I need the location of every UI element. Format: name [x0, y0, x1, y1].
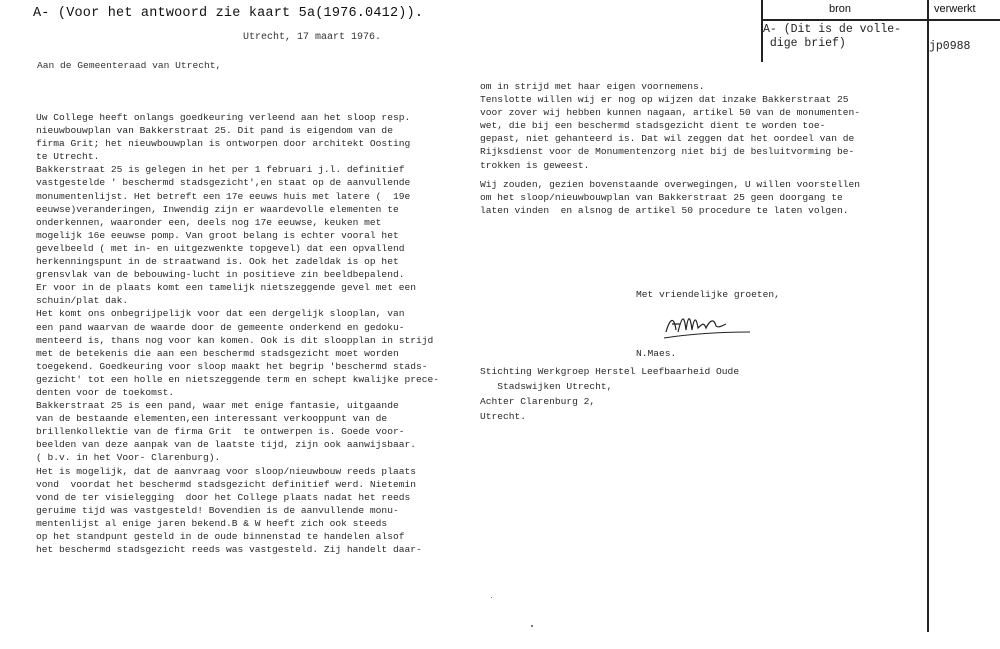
- cell-bron: A- (Dit is de volle- dige brief): [763, 23, 901, 51]
- text-line: voor zover wij hebben kunnen nagaan, art…: [480, 106, 860, 119]
- text-line: met de betekenis die aan een beschermd s…: [36, 347, 439, 360]
- text-line: te Utrecht.: [36, 150, 439, 163]
- text-line: Rijksdienst voor de Monumentenzorg niet …: [480, 145, 860, 158]
- address-line: Stadswijken Utrecht,: [480, 379, 739, 394]
- text-line: Het is mogelijk, dat de aanvraag voor sl…: [36, 465, 439, 478]
- table-divider: [927, 0, 929, 632]
- scan-speck: [491, 597, 492, 598]
- text-line: Bakkerstraat 25 is gelegen in het per 1 …: [36, 163, 439, 176]
- dateline: Utrecht, 17 maart 1976.: [243, 32, 381, 43]
- text-line: mogelijk 16e eeuwse pomp. Van groot bela…: [36, 229, 439, 242]
- text-line: Uw College heeft onlangs goedkeuring ver…: [36, 111, 439, 124]
- text-line: een pand waarvan de waarde door de gemee…: [36, 321, 439, 334]
- organization-address: Stichting Werkgroep Herstel Leefbaarheid…: [480, 364, 739, 424]
- text-line: vastgestelde ' beschermd stadsgezicht',e…: [36, 176, 439, 189]
- letter-body-right-column: om in strijd met haar eigen voornemens.T…: [480, 80, 860, 217]
- text-line: vond voordat het beschermd stadsgezicht …: [36, 478, 439, 491]
- text-line: van de bestaande elementen,een interessa…: [36, 412, 439, 425]
- address-line: Achter Clarenburg 2,: [480, 394, 739, 409]
- column-header-verwerkt: verwerkt: [934, 3, 976, 15]
- text-line: mentenlijst al enige jaren bekend.B & W …: [36, 517, 439, 530]
- text-line: grensvlak van de bebouwing-lucht in posi…: [36, 268, 439, 281]
- text-line: eeuwse)veranderingen, Inwendig zijn er w…: [36, 203, 439, 216]
- address-line: Stichting Werkgroep Herstel Leefbaarheid…: [480, 364, 739, 379]
- address-line: Utrecht.: [480, 409, 739, 424]
- text-line: monumentenlijst. Het betreft een 17e eeu…: [36, 190, 439, 203]
- column-header-bron: bron: [829, 3, 851, 15]
- signer-name: N.Maes.: [636, 348, 676, 359]
- text-line: Wij zouden, gezien bovenstaande overwegi…: [480, 178, 860, 191]
- text-line: laten vinden en alsnog de artikel 50 pro…: [480, 204, 860, 217]
- text-line: brillenkollektie van de firma Grit te on…: [36, 425, 439, 438]
- letter-body-left-column: Uw College heeft onlangs goedkeuring ver…: [36, 111, 439, 556]
- text-line: Het komt ons onbegrijpelijk voor dat een…: [36, 307, 439, 320]
- text-line: denten voor de toekomst.: [36, 386, 439, 399]
- text-line: herkenningspunt in de straatwand is. Ook…: [36, 255, 439, 268]
- addressee: Aan de Gemeenteraad van Utrecht,: [37, 60, 221, 71]
- table-header-rule: [761, 19, 1000, 21]
- text-line: het beschermd stadsgezicht reeds was vas…: [36, 543, 439, 556]
- text-line: op het standpunt gesteld in de oude binn…: [36, 530, 439, 543]
- text-line: geruime tijd was vastgesteld! Bovendien …: [36, 504, 439, 517]
- text-line: nieuwbouwplan van Bakkerstraat 25. Dit p…: [36, 124, 439, 137]
- text-line: wet, die bij een beschermd stadsgezicht …: [480, 119, 860, 132]
- text-line: gezicht' tot een holle en nietszeggende …: [36, 373, 439, 386]
- text-line: schuin/plat dak.: [36, 294, 439, 307]
- signature-icon: [660, 310, 755, 340]
- closing: Met vriendelijke groeten,: [636, 289, 780, 300]
- text-line: gevelbeeld ( met in- en uitgezwenkte top…: [36, 242, 439, 255]
- text-line: trokken is geweest.: [480, 159, 860, 172]
- text-line: Er voor in de plaats komt een tamelijk n…: [36, 281, 439, 294]
- text-line: toegekend. Goedkeuring voor sloop maakt …: [36, 360, 439, 373]
- text-line: Bakkerstraat 25 is een pand, waar met en…: [36, 399, 439, 412]
- scan-speck: [531, 625, 533, 627]
- text-line: vond de ter visielegging door het Colleg…: [36, 491, 439, 504]
- text-line: menteerd is, thans nog voor kan komen. O…: [36, 334, 439, 347]
- text-line: om het sloop/nieuwbouwplan van Bakkerstr…: [480, 191, 860, 204]
- text-line: gepast, niet gehanteerd is. Dat wil zegg…: [480, 132, 860, 145]
- text-line: onderkennen, waaronder een, deels nog 17…: [36, 216, 439, 229]
- text-line: beelden van deze aanpak van de laatste t…: [36, 438, 439, 451]
- text-line: om in strijd met haar eigen voornemens.: [480, 80, 860, 93]
- header-note: A- (Voor het antwoord zie kaart 5a(1976.…: [33, 6, 423, 21]
- text-line: Tenslotte willen wij er nog op wijzen da…: [480, 93, 860, 106]
- cell-verwerkt: jp0988: [929, 40, 970, 53]
- text-line: firma Grit; het nieuwbouwplan is ontworp…: [36, 137, 439, 150]
- text-line: ( b.v. in het Voor- Clarenburg).: [36, 451, 439, 464]
